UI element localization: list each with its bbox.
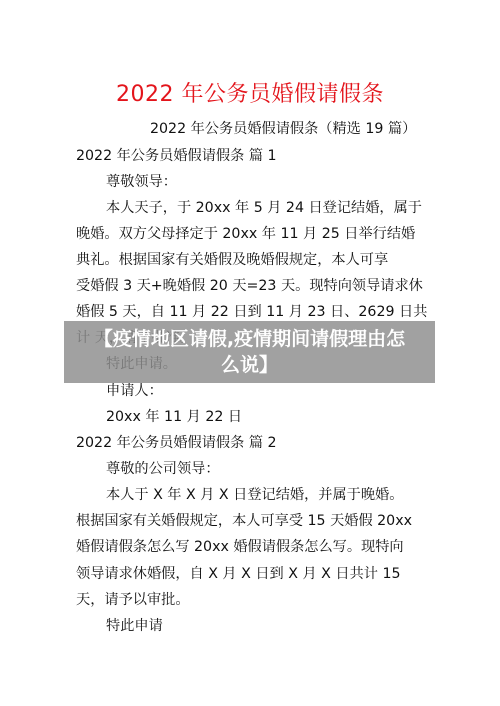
salutation-2: 尊敬的公司领导： xyxy=(106,459,220,479)
section-heading-1: 2022 年公务员婚假请假条 篇 1 xyxy=(76,146,277,166)
applicant-label: 申请人： xyxy=(106,381,163,401)
body-line: 婚假请假条怎么写 20xx 婚假请假条怎么写。现特向 xyxy=(76,537,404,557)
body-line: 天，请予以审批。 xyxy=(76,590,190,610)
body-line: 晚婚。双方父母择定于 20xx 年 11 月 25 日举行结婚 xyxy=(76,224,415,244)
body-line: 典礼。根据国家有关婚假及晚婚假规定，本人可享 xyxy=(76,250,388,270)
closing-line: 特此申请 xyxy=(106,616,163,636)
document-subtitle: 2022 年公务员婚假请假条（精选 19 篇） xyxy=(150,119,416,139)
document-page: 2022 年公务员婚假请假条 2022 年公务员婚假请假条（精选 19 篇） 2… xyxy=(0,0,500,706)
date-line: 20xx 年 11 月 22 日 xyxy=(106,407,242,427)
body-line: 本人天子，于 20xx 年 5 月 24 日登记结婚，属于 xyxy=(106,198,422,218)
overlay-banner-line-1: 【疫情地区请假,疫情期间请假理由怎 xyxy=(64,326,435,352)
body-line: 受婚假 3 天+晚婚假 20 天=23 天。现特向领导请求休 xyxy=(76,276,423,296)
document-title: 2022 年公务员婚假请假条 xyxy=(0,80,500,110)
body-line: 根据国家有关婚假规定，本人可享受 15 天婚假 20xx xyxy=(76,511,412,531)
body-line: 本人于 X 年 X 月 X 日登记结婚，并属于晚婚。 xyxy=(106,485,403,505)
salutation-1: 尊敬领导： xyxy=(106,172,177,192)
overlay-banner-line-2: 么说】 xyxy=(64,352,435,378)
body-line: 领导请求休婚假，自 X 月 X 日到 X 月 X 日共计 15 xyxy=(76,564,401,584)
overlay-banner[interactable]: 【疫情地区请假,疫情期间请假理由怎 么说】 xyxy=(64,321,435,383)
body-line: 婚假 5 天，自 11 月 22 日到 11 月 23 日、2629 日共 xyxy=(76,302,427,322)
overlay-banner-text[interactable]: 【疫情地区请假,疫情期间请假理由怎 么说】 xyxy=(64,326,435,378)
section-heading-2: 2022 年公务员婚假请假条 篇 2 xyxy=(76,433,277,453)
